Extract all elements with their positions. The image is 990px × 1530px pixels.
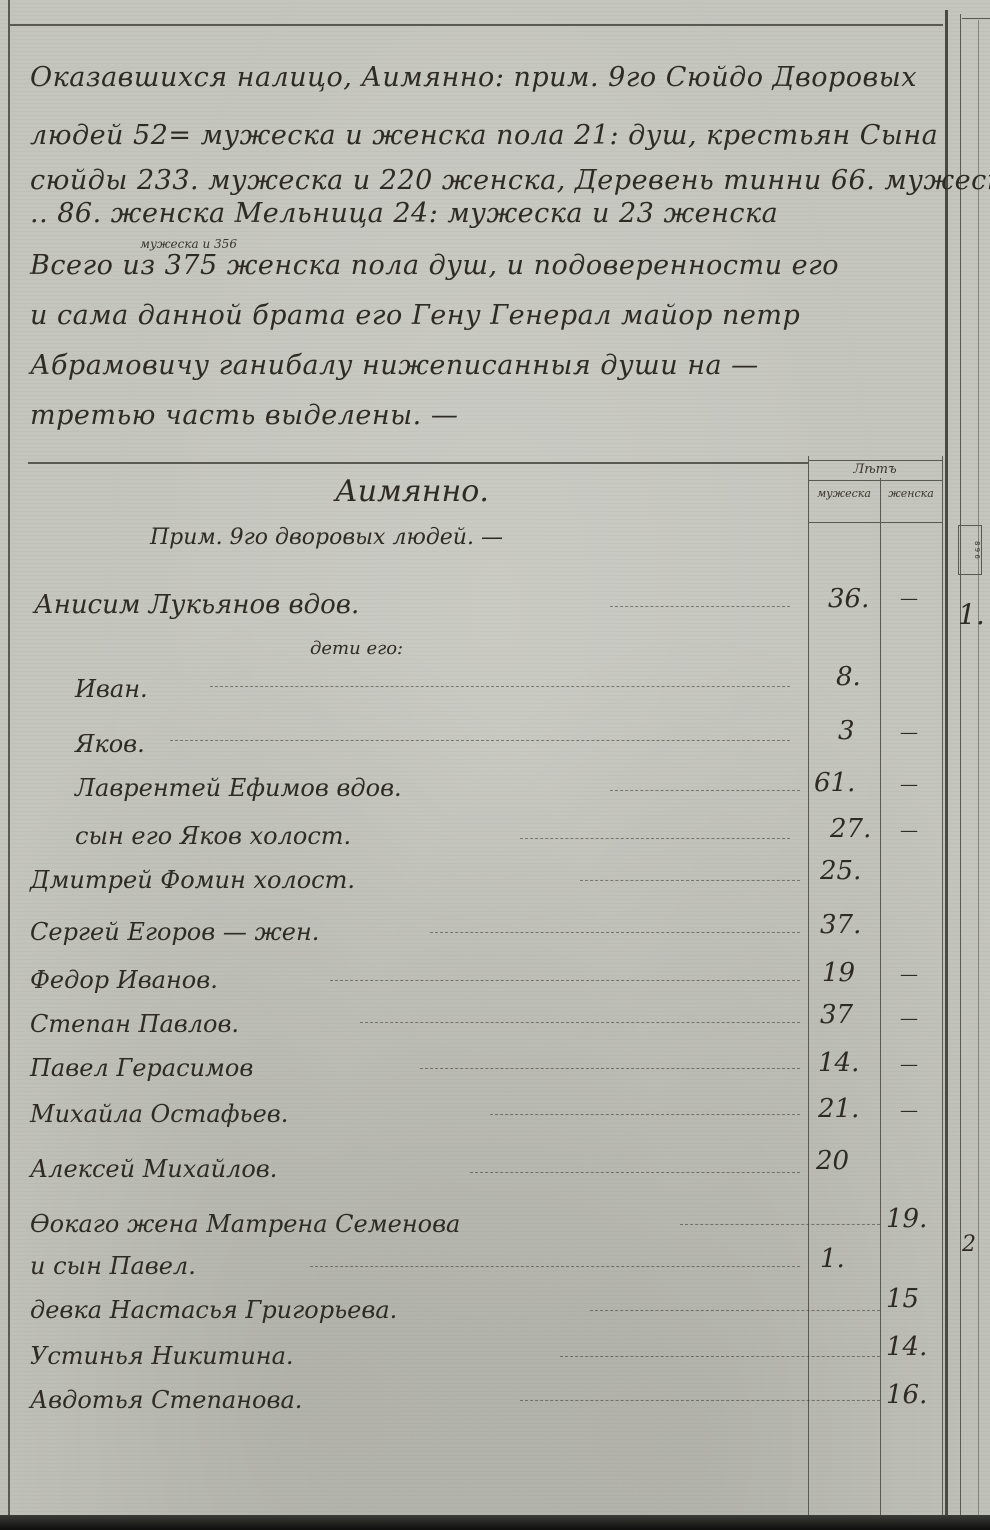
row-leader	[610, 790, 800, 791]
row-name: Михайла Остафьев.	[30, 1100, 288, 1128]
header-bottom-rule	[808, 522, 942, 523]
row-leader	[330, 980, 800, 981]
row-female-age: —	[900, 1100, 918, 1121]
row-name: сын его Яков холост.	[75, 822, 351, 850]
row-leader	[430, 932, 800, 933]
header-years-label: Лѣтъ	[812, 464, 938, 476]
row-male-age: 20	[816, 1146, 849, 1176]
row-leader	[420, 1068, 800, 1069]
row-name: Степан Павлов.	[30, 1010, 239, 1038]
row-name: и сын Павел.	[30, 1252, 196, 1280]
header-mid-rule	[808, 480, 942, 481]
row-male-age: 3	[838, 716, 855, 746]
row-name: Ѳокаго жена Матрена Семенова	[30, 1210, 460, 1238]
row-leader	[610, 606, 790, 607]
preamble-line-8: третью часть выделены. —	[30, 400, 458, 431]
row-name: Алексей Михайлов.	[30, 1155, 277, 1183]
row-leader	[580, 880, 800, 881]
adjacent-page-top-rule	[962, 18, 990, 19]
row-male-age: 36.	[828, 584, 869, 614]
row-male-age: 37.	[820, 910, 861, 940]
row-name: Сергей Егоров — жен.	[30, 918, 319, 946]
row-female-age: 19.	[886, 1204, 927, 1234]
row-male-age: 8.	[836, 662, 861, 692]
row-name: Авдотья Степанова.	[30, 1386, 302, 1414]
row-female-age: 14.	[886, 1332, 927, 1362]
preamble-line-6: и сама данной брата его Гену Генерал май…	[30, 300, 800, 331]
margin-number-1: 1.	[958, 598, 985, 631]
row-female-age: 15	[886, 1284, 919, 1314]
margin-stamp: 8 9 6	[958, 525, 982, 575]
row-leader	[470, 1172, 800, 1173]
row-female-age: —	[900, 1008, 918, 1029]
row-male-age: 19	[822, 958, 855, 988]
adjacent-page-rule-2	[978, 20, 979, 1520]
row-leader	[360, 1022, 800, 1023]
left-border-rule	[8, 0, 10, 1520]
row-leader	[680, 1224, 880, 1225]
preamble-line-1: Оказавшихся налицо, Аимянно: прим. 9го С…	[30, 62, 917, 93]
column-male-left-rule	[808, 456, 809, 1520]
preamble-line-2: людей 52= мужеска и женска пола 21: душ,…	[30, 120, 938, 151]
row-leader	[560, 1356, 880, 1357]
column-right-rule	[942, 456, 943, 1520]
row-female-age: —	[900, 1054, 918, 1075]
row-name: Яков.	[75, 730, 145, 758]
row-female-age: —	[900, 964, 918, 985]
table-title: Аимянно.	[335, 474, 489, 509]
row-name: Лаврентей Ефимов вдов.	[75, 774, 402, 802]
row-female-age: —	[900, 820, 918, 841]
row-female-age: 16.	[886, 1380, 927, 1410]
document-page: Оказавшихся налицо, Аимянно: прим. 9го С…	[0, 0, 990, 1520]
preamble-superscript: мужеска и 356	[140, 237, 237, 251]
row-leader	[590, 1310, 880, 1311]
column-female-left-rule	[880, 478, 881, 1520]
margin-number-2: 2	[962, 1232, 976, 1257]
preamble-line-4: .. 86. женска Мельница 24: мужеска и 23 …	[30, 198, 778, 229]
header-top-rule	[808, 460, 942, 461]
row-name: Федор Иванов.	[30, 966, 218, 994]
row-leader	[310, 1266, 800, 1267]
table-top-rule	[28, 462, 808, 464]
row-male-age: 37	[820, 1000, 853, 1030]
row-name: Дмитрей Фомин холост.	[30, 866, 355, 894]
header-male-label: мужеска	[810, 488, 878, 500]
row-leader	[520, 838, 790, 839]
preamble-line-5: Всего из 375 женска пола душ, и подовере…	[30, 250, 839, 281]
right-border-rule	[945, 10, 948, 1520]
row-leader	[490, 1114, 800, 1115]
row-leader	[520, 1400, 880, 1401]
preamble-line-3: сюйды 233. мужеска и 220 женска, Деревен…	[30, 165, 990, 196]
row-name: девка Настасья Григорьева.	[30, 1296, 397, 1324]
row-male-age: 21.	[818, 1094, 859, 1124]
table-subtitle: Прим. 9го дворовых людей. —	[150, 525, 503, 550]
row-subheading: дети его:	[310, 638, 403, 659]
row-female-age: —	[900, 588, 918, 609]
row-leader	[210, 686, 790, 687]
row-male-age: 27.	[830, 814, 871, 844]
row-leader	[170, 740, 790, 741]
preamble-line-7: Абрамовичу ганибалу нижеписанныя души на…	[30, 350, 759, 381]
adjacent-page-rule	[960, 14, 961, 1520]
row-male-age: 1.	[820, 1244, 845, 1274]
row-name: Анисим Лукьянов вдов.	[34, 590, 359, 620]
row-name: Павел Герасимов	[30, 1054, 253, 1082]
row-male-age: 14.	[818, 1048, 859, 1078]
row-male-age: 25.	[820, 856, 861, 886]
header-female-label: женска	[882, 488, 940, 500]
page-bottom-shadow	[0, 1515, 990, 1530]
row-female-age: —	[900, 774, 918, 795]
top-border-rule	[8, 24, 943, 26]
row-name: Иван.	[75, 675, 148, 703]
row-male-age: 61.	[814, 768, 855, 798]
row-female-age: —	[900, 722, 918, 743]
row-name: Устинья Никитина.	[30, 1342, 294, 1370]
